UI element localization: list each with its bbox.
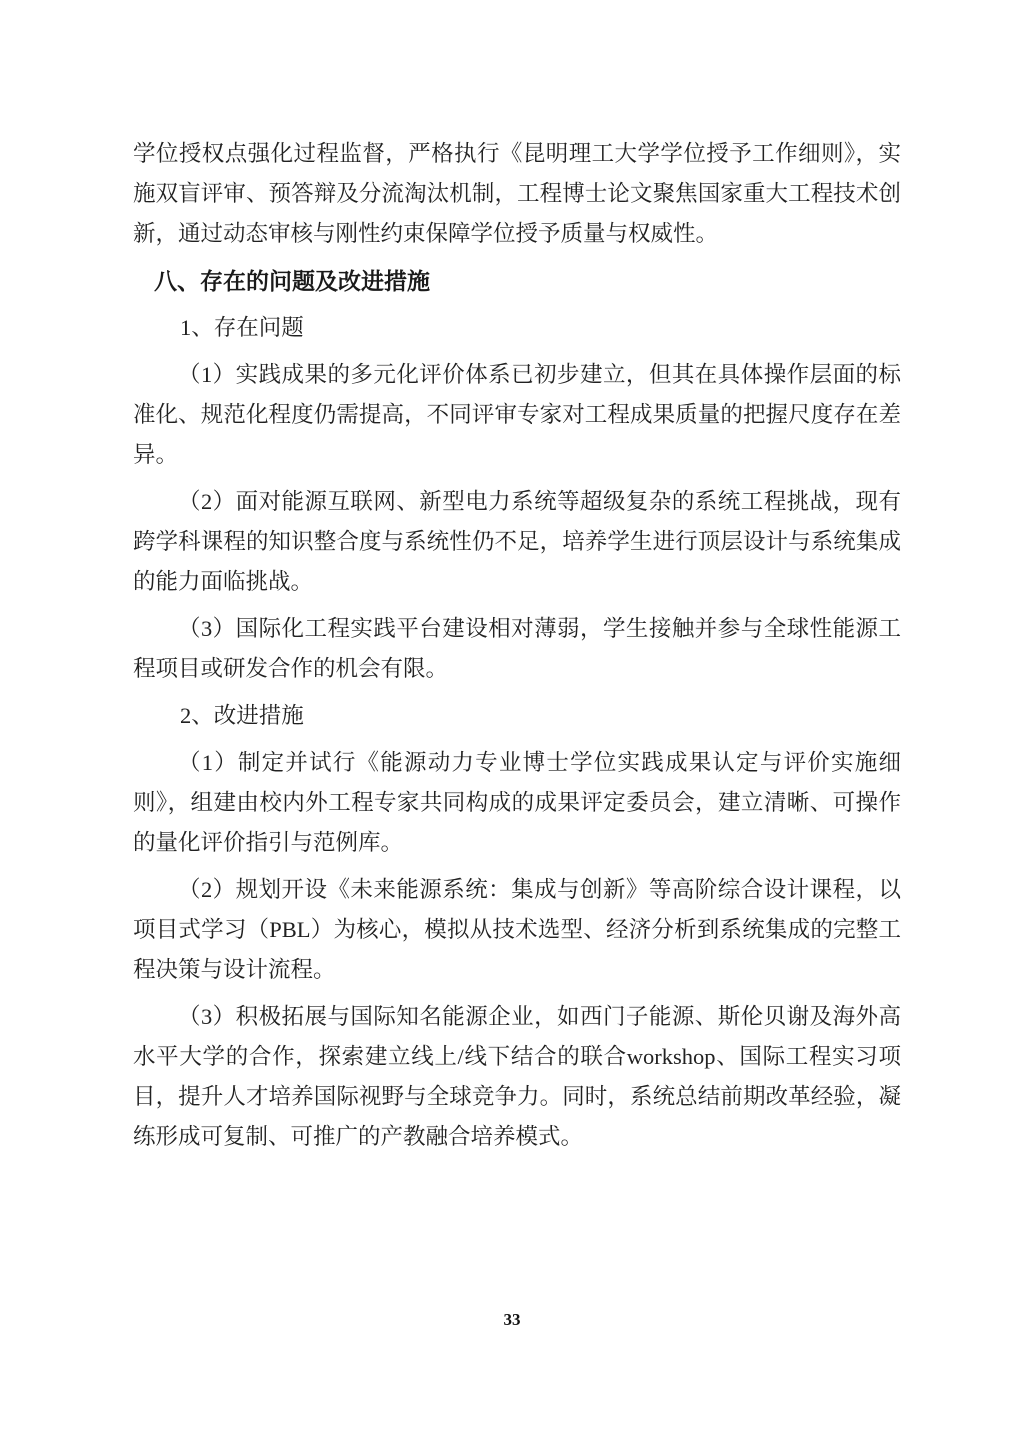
sub-heading-problems: 1、存在问题 (133, 308, 901, 348)
section-heading: 八、存在的问题及改进措施 (133, 261, 901, 301)
document-page: 学位授权点强化过程监督，严格执行《昆明理工大学学位授予工作细则》，实施双盲评审、… (0, 0, 1024, 1447)
continuation-paragraph: 学位授权点强化过程监督，严格执行《昆明理工大学学位授予工作细则》，实施双盲评审、… (133, 134, 901, 254)
improvement-item-2: （2）规划开设《未来能源系统：集成与创新》等高阶综合设计课程，以项目式学习（PB… (133, 870, 901, 990)
problem-item-2: （2）面对能源互联网、新型电力系统等超级复杂的系统工程挑战，现有跨学科课程的知识… (133, 482, 901, 602)
problem-item-3: （3）国际化工程实践平台建设相对薄弱，学生接触并参与全球性能源工程项目或研发合作… (133, 609, 901, 689)
improvement-item-1: （1）制定并试行《能源动力专业博士学位实践成果认定与评价实施细则》，组建由校内外… (133, 743, 901, 863)
problem-item-1: （1）实践成果的多元化评价体系已初步建立，但其在具体操作层面的标准化、规范化程度… (133, 355, 901, 475)
improvement-item-3: （3）积极拓展与国际知名能源企业，如西门子能源、斯伦贝谢及海外高水平大学的合作，… (133, 997, 901, 1157)
page-number: 33 (0, 1308, 1024, 1332)
sub-heading-improvements: 2、改进措施 (133, 696, 901, 736)
